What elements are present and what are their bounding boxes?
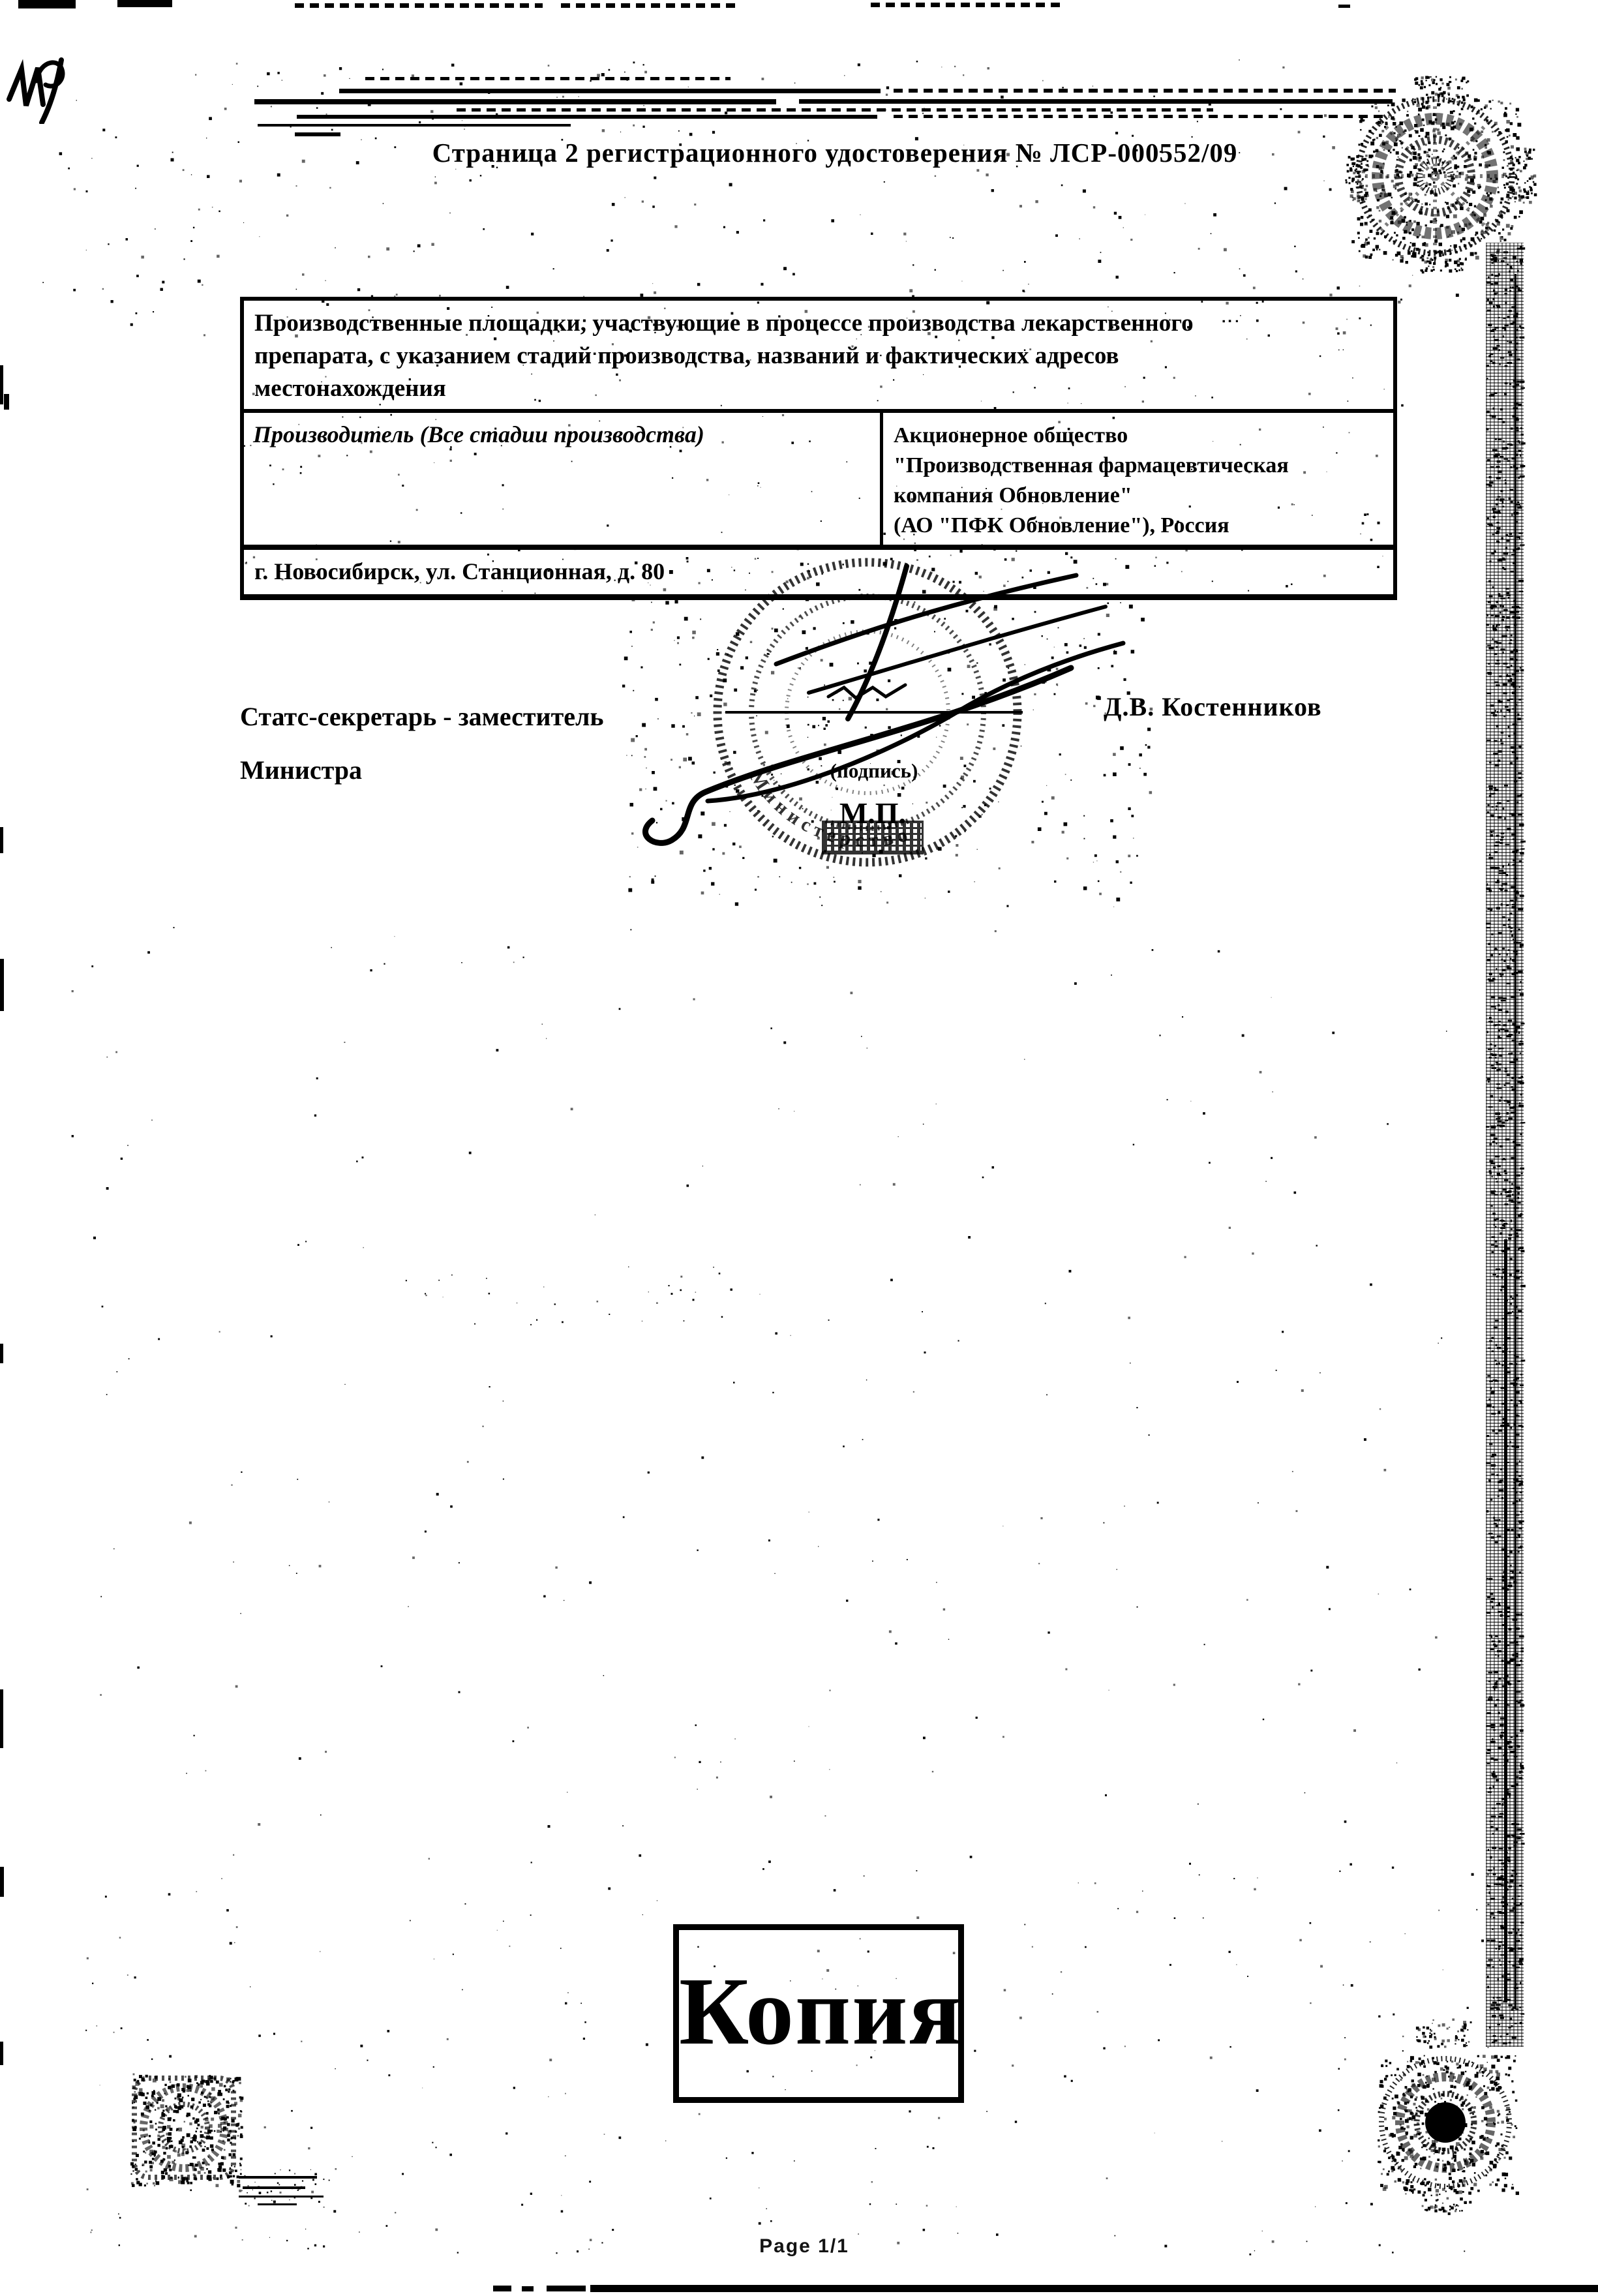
scanned-certificate-page: Страница 2 регистрационного удостоверени… bbox=[0, 0, 1598, 2296]
signature-caption: (подпись) bbox=[812, 759, 936, 783]
table-header-cell: Производственные площадки, участвующие в… bbox=[244, 301, 1393, 413]
signatory-title: Статс-секретарь - заместитель Министра bbox=[240, 690, 604, 797]
table-header-line: препарата, с указанием стадий производст… bbox=[254, 340, 1383, 372]
scan-edge-tick bbox=[0, 365, 3, 404]
scan-edge-tick bbox=[0, 1344, 3, 1363]
signatory-title-line: Министра bbox=[240, 744, 604, 797]
scan-edge-bar bbox=[522, 2286, 534, 2291]
scan-stripe bbox=[894, 89, 1396, 93]
scan-stripe bbox=[799, 99, 1393, 104]
scan-edge-bar bbox=[493, 2286, 511, 2291]
scan-stripe bbox=[295, 132, 340, 136]
scan-stripe bbox=[258, 124, 571, 127]
security-rosette-bottom-left-icon bbox=[129, 2073, 239, 2183]
scan-stripe bbox=[258, 2203, 297, 2205]
scan-edge-tick bbox=[0, 827, 3, 853]
round-seal-stamp: Министерство bbox=[620, 515, 1207, 920]
scan-edge-bar bbox=[590, 2285, 1598, 2292]
scan-edge-tick bbox=[0, 959, 4, 1011]
scan-edge-bar bbox=[871, 3, 1060, 7]
security-border-line bbox=[1504, 1239, 1507, 2002]
scan-edge-bar bbox=[1338, 5, 1350, 8]
scan-stripe bbox=[239, 2196, 324, 2198]
producer-value-line: компания Обновление" bbox=[894, 481, 1384, 511]
signatory-title-line: Статс-секретарь - заместитель bbox=[240, 690, 604, 744]
scan-edge-bar bbox=[18, 0, 76, 8]
scan-stripe bbox=[254, 99, 776, 104]
scan-edge-bar bbox=[117, 0, 172, 7]
scan-edge-tick bbox=[0, 1867, 4, 1897]
table-header-line: Производственные площадки, участвующие в… bbox=[254, 307, 1383, 340]
scan-edge-tick bbox=[4, 394, 9, 410]
scan-stripe bbox=[894, 115, 1389, 118]
scan-edge-bar bbox=[547, 2286, 586, 2291]
seal-emblem-smudge bbox=[822, 821, 924, 854]
page-indicator: Page 1/1 bbox=[736, 2235, 873, 2258]
page-title: Страница 2 регистрационного удостоверени… bbox=[430, 137, 1239, 168]
scan-edge-tick bbox=[0, 1689, 3, 1748]
handwritten-mark bbox=[0, 26, 91, 124]
producer-value-line: Акционерное общество bbox=[894, 421, 1384, 451]
scan-edge-tick bbox=[0, 2042, 3, 2065]
copy-stamp: Копия bbox=[673, 1924, 964, 2103]
security-rosette-bottom-right-icon bbox=[1376, 2053, 1515, 2192]
scan-stripe bbox=[297, 115, 877, 119]
scan-stripe bbox=[457, 108, 1213, 112]
scan-edge-bar bbox=[295, 3, 543, 8]
scan-stripe bbox=[243, 2186, 305, 2189]
producer-value-line: "Производственная фармацевтическая bbox=[894, 451, 1384, 481]
copy-stamp-label: Копия bbox=[679, 1930, 958, 2093]
scan-stripe bbox=[365, 77, 731, 80]
scan-stripe bbox=[339, 89, 881, 93]
table-header-line: местонахождения bbox=[254, 372, 1383, 405]
security-border-line bbox=[1515, 274, 1516, 2009]
punch-hole-dot bbox=[1425, 2102, 1466, 2143]
security-rosette-top-right-icon bbox=[1351, 93, 1518, 260]
scan-stripe bbox=[239, 2176, 317, 2179]
scan-edge-bar bbox=[561, 3, 737, 8]
